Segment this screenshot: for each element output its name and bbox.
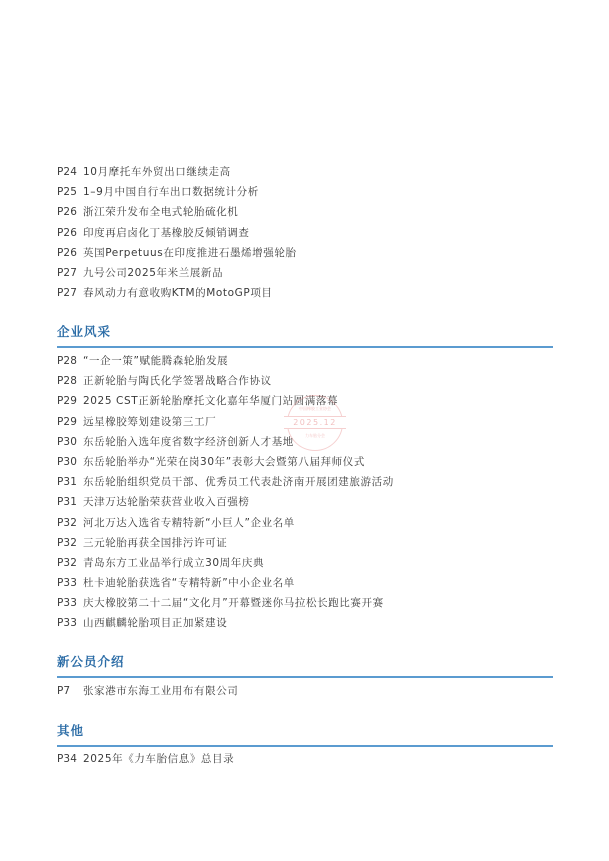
entry-title: 英国Perpetuus在印度推进石墨烯增强轮胎 [83, 243, 297, 263]
page-number: P27 [57, 263, 83, 283]
page-number: P33 [57, 573, 83, 593]
entry-title: 天津万达轮胎荣获营业收入百强榜 [83, 492, 250, 512]
entry-title: 春风动力有意收购KTM的MotoGP项目 [83, 283, 273, 303]
page-number: P31 [57, 472, 83, 492]
toc-page: P2410月摩托车外贸出口继续走高 P251–9月中国自行车出口数据统计分析 P… [0, 0, 609, 861]
toc-entry[interactable]: P2410月摩托车外贸出口继续走高 [57, 162, 557, 182]
toc-entry[interactable]: P28“一企一策”赋能腾森轮胎发展 [57, 351, 557, 371]
entry-title: 东岳轮胎入选年度省数字经济创新人才基地 [83, 432, 294, 452]
entry-title: 远星橡胶筹划建设第三工厂 [83, 412, 216, 432]
toc-entry[interactable]: P27春风动力有意收购KTM的MotoGP项目 [57, 283, 557, 303]
page-number: P30 [57, 432, 83, 452]
page-number: P7 [57, 681, 83, 701]
entry-title: 东岳轮胎组织党员干部、优秀员工代表赴济南开展团建旅游活动 [83, 472, 394, 492]
entry-title: 杜卡迪轮胎获选省“专精特新”中小企业名单 [83, 573, 295, 593]
section-heading-other: 其他 [57, 721, 553, 747]
toc-entry[interactable]: P27九号公司2025年米兰展新品 [57, 263, 557, 283]
toc-entry[interactable]: P28正新轮胎与陶氏化学签署战略合作协议 [57, 371, 557, 391]
toc-entry[interactable]: P342025年《力车胎信息》总目录 [57, 749, 557, 769]
section-heading-new-members: 新公员介绍 [57, 652, 553, 678]
toc-entry[interactable]: P31东岳轮胎组织党员干部、优秀员工代表赴济南开展团建旅游活动 [57, 472, 557, 492]
entry-title: 山西麒麟轮胎项目正加紧建设 [83, 613, 227, 633]
toc-entry[interactable]: P26浙江荣升发布全电式轮胎硫化机 [57, 202, 557, 222]
page-number: P34 [57, 749, 83, 769]
toc-entry[interactable]: P33山西麒麟轮胎项目正加紧建设 [57, 613, 557, 633]
section-title: 企业风采 [57, 322, 111, 342]
stamp-bottom-text: 力车胎分会 [288, 433, 342, 439]
watermark-stamp: 中国橡胶工业协会 2025.12 力车胎分会 [287, 395, 343, 451]
toc-list-continued: P2410月摩托车外贸出口继续走高 P251–9月中国自行车出口数据统计分析 P… [57, 162, 557, 303]
page-number: P32 [57, 513, 83, 533]
entry-title: 浙江荣升发布全电式轮胎硫化机 [83, 202, 238, 222]
toc-list-new-members: P7张家港市东海工业用布有限公司 [57, 681, 557, 701]
entry-title: 1–9月中国自行车出口数据统计分析 [83, 182, 259, 202]
toc-entry[interactable]: P26英国Perpetuus在印度推进石墨烯增强轮胎 [57, 243, 557, 263]
toc-entry[interactable]: P26印度再启卤化丁基橡胶反倾销调查 [57, 223, 557, 243]
toc-entry[interactable]: P32河北万达入选省专精特新“小巨人”企业名单 [57, 513, 557, 533]
page-number: P29 [57, 412, 83, 432]
entry-title: 2025年《力车胎信息》总目录 [83, 749, 234, 769]
toc-entry[interactable]: P33杜卡迪轮胎获选省“专精特新”中小企业名单 [57, 573, 557, 593]
entry-title: 庆大橡胶第二十二届“文化月”开幕暨迷你马拉松长跑比赛开赛 [83, 593, 384, 613]
stamp-date: 2025.12 [284, 416, 346, 429]
page-number: P27 [57, 283, 83, 303]
page-number: P26 [57, 223, 83, 243]
section-heading-enterprise: 企业风采 [57, 322, 553, 348]
page-number: P26 [57, 243, 83, 263]
page-number: P32 [57, 553, 83, 573]
page-number: P24 [57, 162, 83, 182]
page-number: P25 [57, 182, 83, 202]
page-number: P26 [57, 202, 83, 222]
page-number: P33 [57, 613, 83, 633]
entry-title: 青岛东方工业品举行成立30周年庆典 [83, 553, 264, 573]
page-number: P29 [57, 391, 83, 411]
section-title: 新公员介绍 [57, 652, 125, 672]
page-number: P28 [57, 371, 83, 391]
stamp-top-text: 中国橡胶工业协会 [288, 406, 342, 412]
entry-title: 东岳轮胎举办“光荣在岗30年”表彰大会暨第八届拜师仪式 [83, 452, 365, 472]
entry-title: 三元轮胎再获全国排污许可证 [83, 533, 227, 553]
toc-entry[interactable]: P30东岳轮胎举办“光荣在岗30年”表彰大会暨第八届拜师仪式 [57, 452, 557, 472]
entry-title: 河北万达入选省专精特新“小巨人”企业名单 [83, 513, 295, 533]
toc-entry[interactable]: P251–9月中国自行车出口数据统计分析 [57, 182, 557, 202]
toc-list-enterprise: P28“一企一策”赋能腾森轮胎发展 P28正新轮胎与陶氏化学签署战略合作协议 P… [57, 351, 557, 634]
entry-title: 正新轮胎与陶氏化学签署战略合作协议 [83, 371, 272, 391]
section-title: 其他 [57, 721, 84, 741]
entry-title: “一企一策”赋能腾森轮胎发展 [83, 351, 228, 371]
toc-entry[interactable]: P33庆大橡胶第二十二届“文化月”开幕暨迷你马拉松长跑比赛开赛 [57, 593, 557, 613]
page-number: P30 [57, 452, 83, 472]
toc-list-other: P342025年《力车胎信息》总目录 [57, 749, 557, 769]
page-number: P32 [57, 533, 83, 553]
page-number: P31 [57, 492, 83, 512]
toc-entry[interactable]: P7张家港市东海工业用布有限公司 [57, 681, 557, 701]
entry-title: 印度再启卤化丁基橡胶反倾销调查 [83, 223, 250, 243]
page-number: P33 [57, 593, 83, 613]
toc-entry[interactable]: P31天津万达轮胎荣获营业收入百强榜 [57, 492, 557, 512]
page-number: P28 [57, 351, 83, 371]
entry-title: 张家港市东海工业用布有限公司 [83, 681, 238, 701]
toc-entry[interactable]: P32三元轮胎再获全国排污许可证 [57, 533, 557, 553]
entry-title: 九号公司2025年米兰展新品 [83, 263, 223, 283]
entry-title: 10月摩托车外贸出口继续走高 [83, 162, 231, 182]
toc-entry[interactable]: P32青岛东方工业品举行成立30周年庆典 [57, 553, 557, 573]
